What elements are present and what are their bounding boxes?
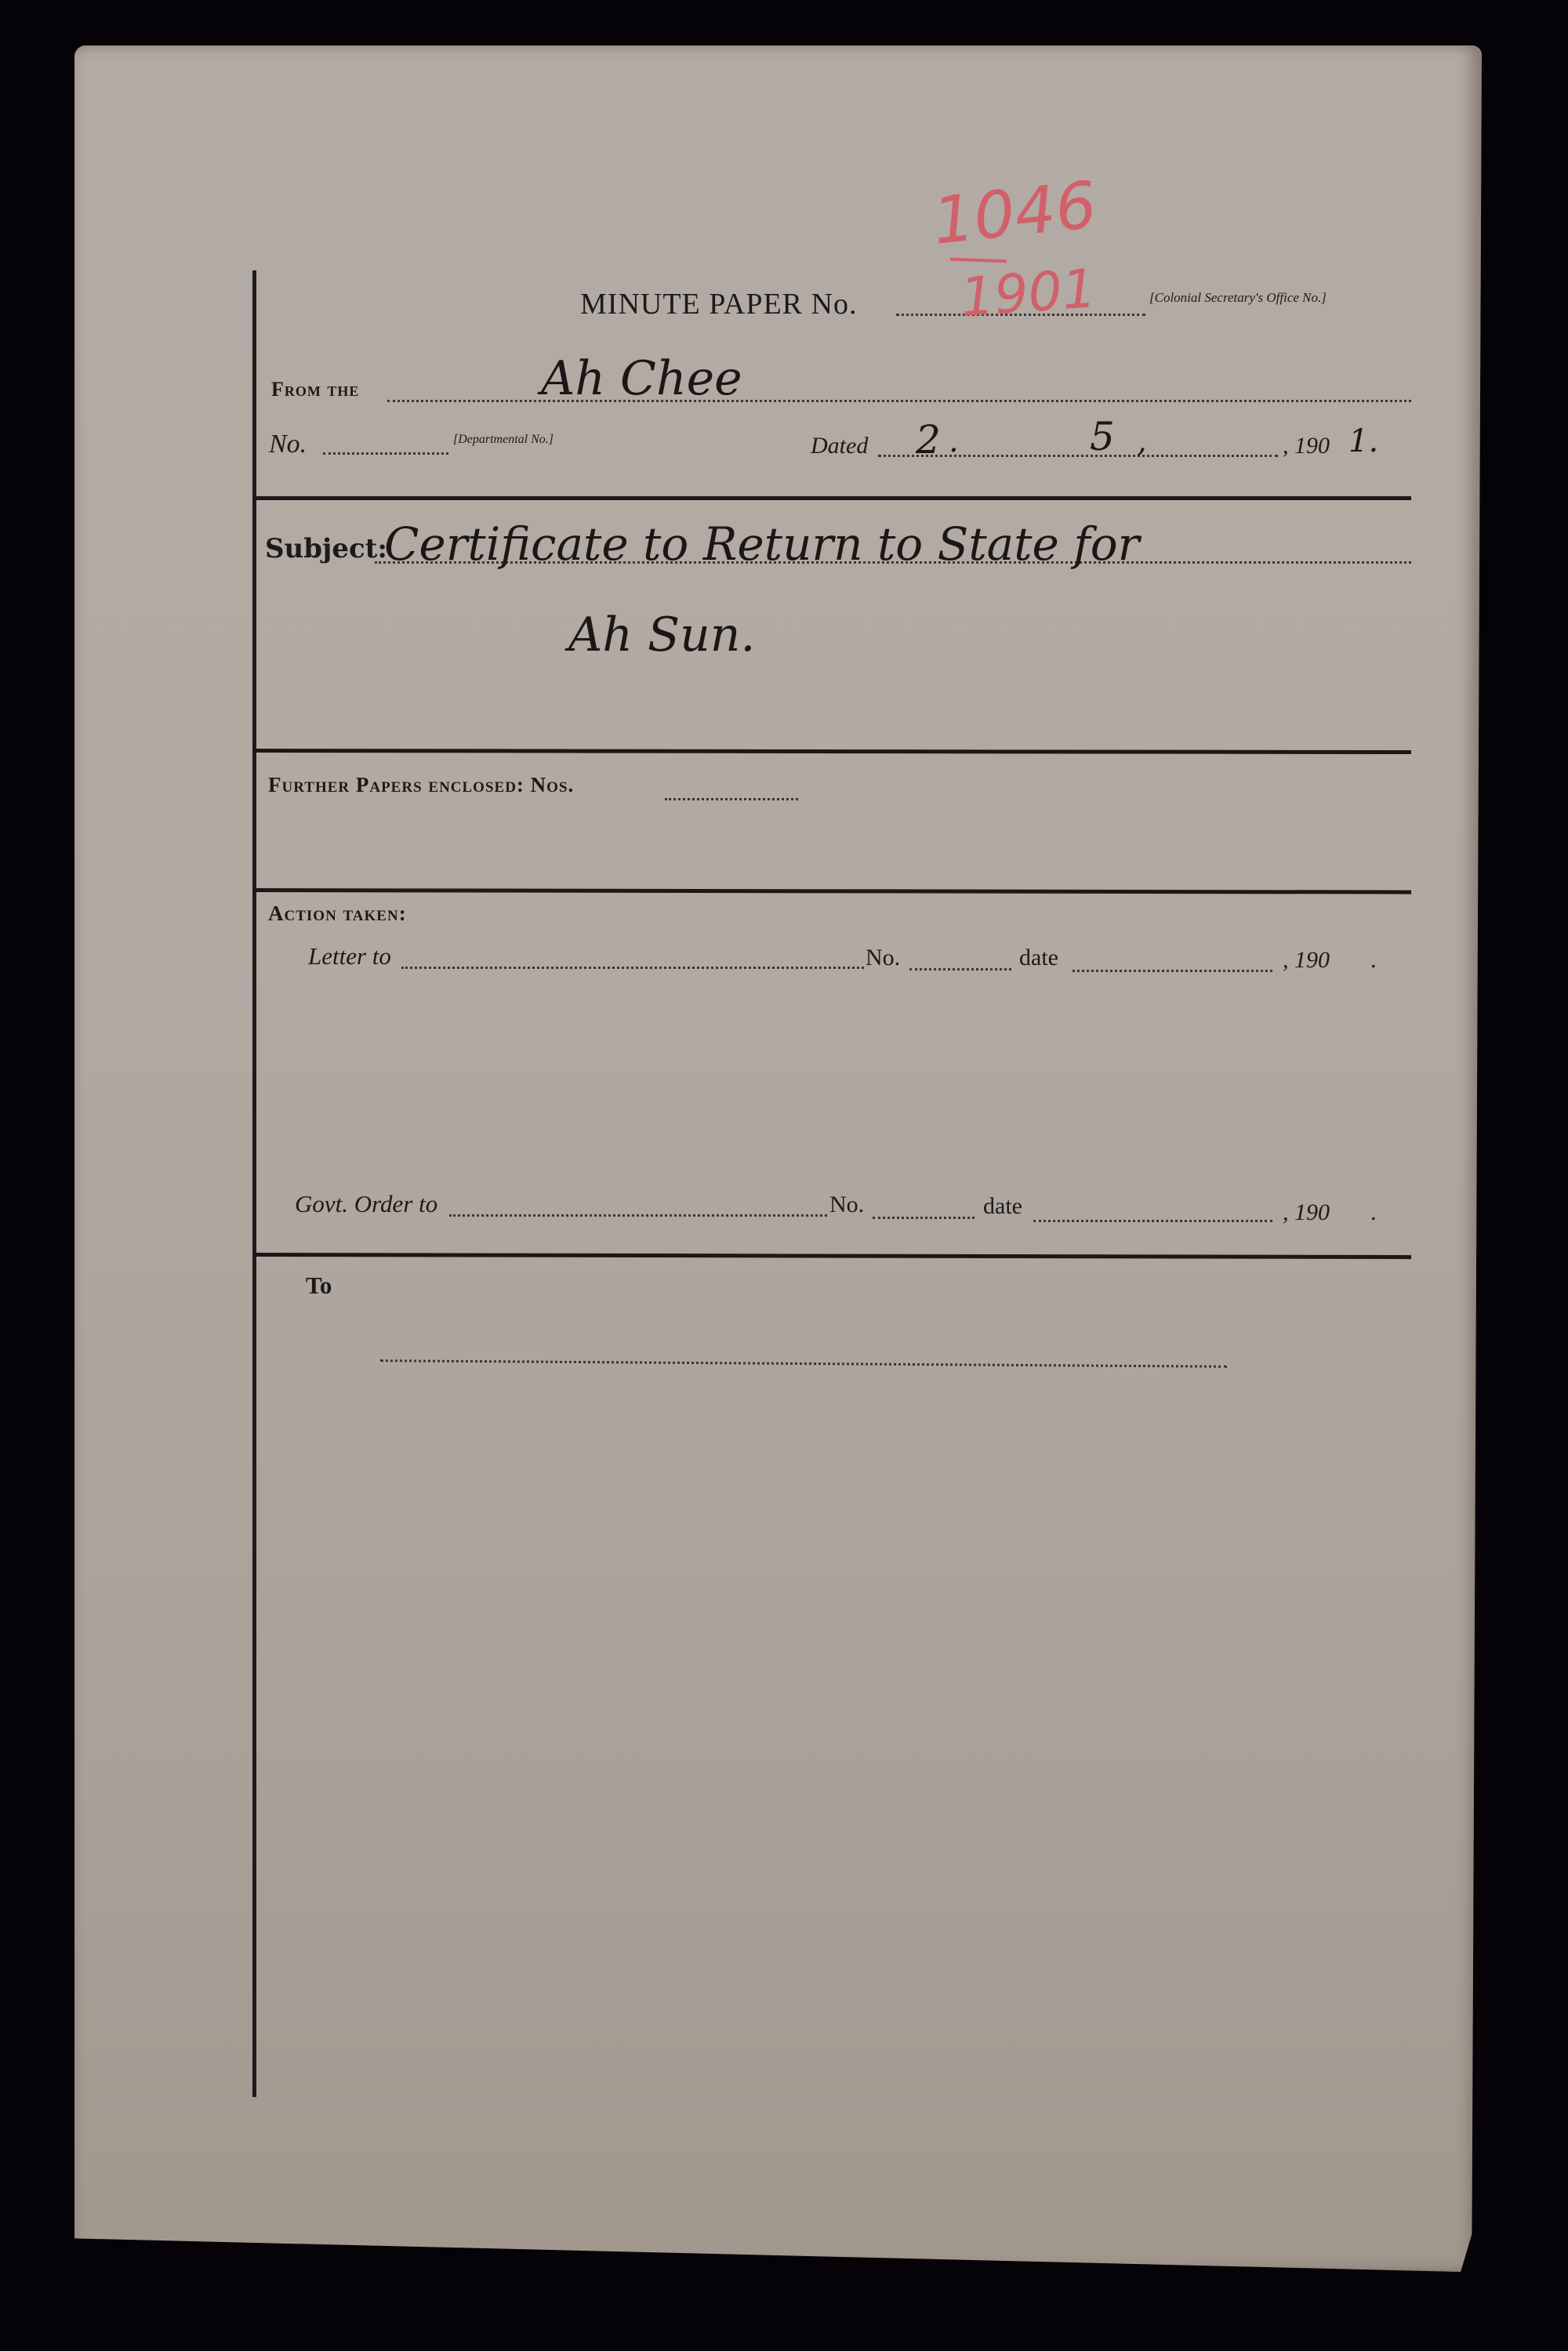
departmental-no-label: No. xyxy=(269,430,307,459)
office-number-note: [Colonial Secretary's Office No.] xyxy=(1149,290,1327,306)
govt-year-label: , 190 xyxy=(1283,1199,1330,1226)
letter-year-label: , 190 xyxy=(1283,947,1330,974)
dated-label: Dated xyxy=(811,433,868,459)
dated-day-dot: . xyxy=(949,423,959,459)
dated-month-comma: , xyxy=(1137,423,1147,459)
govt-no-dotted-line xyxy=(873,1217,975,1219)
letter-to-dotted-line xyxy=(401,967,864,969)
subject-line-2-handwritten: Ah Sun. xyxy=(568,608,756,662)
govt-no-label: No. xyxy=(829,1192,864,1218)
govt-date-label: date xyxy=(983,1193,1022,1220)
departmental-no-dotted-line xyxy=(323,452,448,455)
letter-no-label: No. xyxy=(866,945,900,971)
further-papers-dotted-line xyxy=(665,798,798,800)
left-margin-rule xyxy=(252,270,256,2097)
letter-date-label: date xyxy=(1019,945,1058,971)
departmental-no-note: [Departmental No.] xyxy=(453,433,554,447)
govt-order-label: Govt. Order to xyxy=(295,1190,437,1218)
section-rule-1 xyxy=(256,496,1411,500)
action-taken-label: Action taken: xyxy=(268,902,407,926)
dated-year-printed: , 190 xyxy=(1283,433,1330,459)
letter-to-label: Letter to xyxy=(308,942,391,971)
subject-line-1-handwritten: Certificate to Return to State for xyxy=(384,517,1139,571)
minute-paper-title: MINUTE PAPER No. xyxy=(580,287,857,321)
dated-year-handwritten: 1. xyxy=(1348,423,1378,459)
subject-label: Subject: xyxy=(265,533,387,564)
letter-period: . xyxy=(1370,947,1377,974)
from-label: From the xyxy=(271,378,359,401)
govt-period: . xyxy=(1370,1199,1377,1226)
govt-order-dotted-line xyxy=(449,1214,827,1217)
minute-year-handwritten: 1901 xyxy=(958,258,1098,329)
letter-no-dotted-line xyxy=(909,968,1011,971)
from-value-handwritten: Ah Chee xyxy=(541,351,742,406)
govt-date-dotted-line xyxy=(1033,1220,1272,1222)
to-label: To xyxy=(306,1272,332,1300)
dated-month-handwritten: 5 xyxy=(1090,414,1115,459)
letter-date-dotted-line xyxy=(1073,970,1272,972)
dated-day-handwritten: 2 xyxy=(916,417,941,463)
further-papers-label: Further Papers enclosed: Nos. xyxy=(268,773,574,797)
